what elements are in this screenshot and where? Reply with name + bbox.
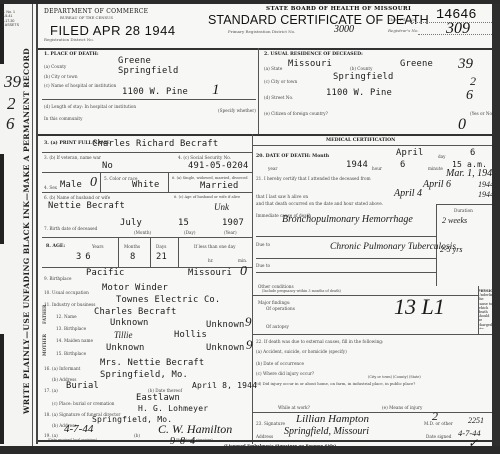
spouse-age: Unk bbox=[214, 202, 229, 212]
res-county-code: 39 bbox=[458, 56, 473, 73]
birth-month: July bbox=[120, 218, 142, 228]
physician-address: Springfield, Missouri bbox=[284, 426, 369, 437]
citizen-label: (e) Citizen of foreign country? bbox=[264, 111, 328, 116]
father-birthplace-label: 13. Birthplace bbox=[56, 326, 86, 331]
ssn-label: 4. (c) Social Security No. bbox=[178, 155, 231, 160]
while-at-work-label: While at work? bbox=[278, 405, 310, 410]
physician-address-label: Address bbox=[256, 434, 273, 439]
county-label: (a) County bbox=[44, 64, 66, 69]
registrars-no-value: 309 bbox=[446, 20, 470, 38]
divider bbox=[42, 192, 252, 193]
divider bbox=[436, 204, 494, 205]
birthplace-state: Missouri bbox=[188, 268, 232, 278]
form-number: E. No. 1 2-5-41 5-17-30 1 ASSETS bbox=[2, 10, 19, 27]
column-divider bbox=[252, 134, 253, 444]
means-of-injury-label: (e) Means of injury bbox=[382, 405, 422, 410]
margin-note-street-code: 6 bbox=[6, 114, 15, 134]
burial-place: Eastlawn bbox=[136, 393, 180, 403]
father-name: Charles Becraft bbox=[94, 307, 176, 317]
spouse-label: 6. (b) Name of husband or wife bbox=[44, 195, 110, 200]
res-city-label: (c) City or town bbox=[264, 79, 297, 84]
death-day-label: day bbox=[438, 154, 446, 159]
citizen-code: 0 bbox=[458, 116, 466, 134]
birthplace-code: 0 bbox=[240, 264, 247, 280]
cell-divider bbox=[150, 237, 151, 267]
divider bbox=[252, 145, 494, 146]
cause-code-mark: 13 L1 bbox=[394, 294, 445, 320]
scan-border-bottom bbox=[0, 446, 500, 454]
divider bbox=[42, 152, 252, 153]
physician-phone: 2251 bbox=[468, 416, 484, 425]
divider bbox=[256, 236, 436, 237]
left-margin-strip: E. No. 1 2-5-41 5-17-30 1 ASSETS 39 2 6 … bbox=[0, 4, 33, 446]
ssn-value: 491-05-0204 bbox=[188, 161, 248, 171]
death-certificate: E. No. 1 2-5-41 5-17-30 1 ASSETS 39 2 6 … bbox=[0, 0, 500, 446]
injury-where-label: (c) Where did injury occur? bbox=[256, 371, 314, 376]
res-street-code: 6 bbox=[466, 88, 473, 104]
days-label: Days bbox=[156, 244, 166, 249]
place-of-death-heading: 1. PLACE OF DEATH: bbox=[44, 52, 99, 57]
attended-label: 21. I hereby certify that I attended the… bbox=[256, 176, 371, 181]
immediate-duration: 2 weeks bbox=[442, 216, 467, 225]
department-title: DEPARTMENT OF COMMERCE bbox=[44, 8, 148, 15]
mother-group-label: MOTHER bbox=[42, 334, 47, 356]
industry-value: Townes Electric Co. bbox=[116, 295, 220, 305]
death-hour-label: hour bbox=[372, 166, 382, 171]
due-to-label: Due to bbox=[256, 242, 270, 247]
burial-date: April 8, 1944 bbox=[192, 381, 257, 390]
specify-label: (Specify whether) bbox=[218, 108, 256, 113]
occupation-value: Motor Winder bbox=[102, 283, 168, 293]
cell-divider bbox=[100, 172, 101, 192]
last-saw-date: April 4 bbox=[394, 188, 422, 199]
res-state-label: (a) State bbox=[264, 66, 282, 71]
res-city: Springfield bbox=[333, 72, 393, 82]
margin-note-city-code: 2 bbox=[7, 94, 16, 114]
birthplace-city: Pacific bbox=[86, 268, 124, 278]
scan-edge bbox=[0, 334, 4, 444]
mother-maiden-first: Tillie bbox=[114, 330, 133, 340]
informant-label: 16. (a) Informant bbox=[44, 366, 80, 371]
operations-label: Of operations bbox=[266, 306, 295, 311]
immediate-cause: Bronchopulmonary Hemorrhage bbox=[282, 214, 413, 225]
margin-note-county-code: 39 bbox=[4, 72, 21, 92]
burial-place-label: (c) Place: burial or cremation bbox=[52, 401, 114, 406]
external-causes-label: 22. If death was due to external causes,… bbox=[256, 339, 383, 344]
divider bbox=[38, 48, 494, 50]
res-street-label: (d) Street No. bbox=[264, 95, 293, 100]
registrar-signature: C. W. Hamilton bbox=[158, 422, 232, 437]
less-than-day-label: If less than one day bbox=[194, 244, 235, 249]
autopsy-label: Of autopsy bbox=[266, 324, 289, 329]
cell-divider bbox=[168, 172, 169, 192]
hospital-label: (c) Name of hospital or institution bbox=[44, 83, 116, 88]
primary-district-label: Primary Registration District No. bbox=[228, 29, 295, 34]
major-findings-label: Major findings: bbox=[258, 300, 290, 305]
year-sublabel: (Year) bbox=[224, 230, 237, 235]
father-group-label: FATHER bbox=[42, 305, 47, 325]
res-city-code: 2 bbox=[470, 74, 476, 89]
usual-residence-heading: 2. USUAL RESIDENCE OF DECEASED: bbox=[264, 52, 363, 57]
divider bbox=[256, 272, 436, 273]
spouse-name: Nettie Becraft bbox=[48, 201, 125, 211]
hospital-code-mark: 1 bbox=[212, 82, 220, 99]
mother-birthplace-city: Unknown bbox=[106, 343, 144, 353]
medical-heading: MEDICAL CERTIFICATION bbox=[326, 138, 395, 143]
due-to2-label: Due to bbox=[256, 263, 270, 268]
age-months: 8 bbox=[130, 252, 136, 262]
father-name-label: 12. Name bbox=[56, 314, 77, 319]
res-state: Missouri bbox=[288, 59, 332, 69]
degree-mark: 2 bbox=[432, 409, 438, 424]
mother-birthplace-label: 15. Birthplace bbox=[56, 351, 86, 356]
marital-value: Married bbox=[200, 181, 238, 191]
registrar-sig-label: (b) bbox=[134, 433, 140, 438]
burial-label: 17. (a) bbox=[44, 388, 58, 393]
informant-address: Springfield, Mo. bbox=[100, 370, 188, 380]
decedent-name: Charles Richard Becraft bbox=[92, 139, 218, 149]
sex-code: 0 bbox=[90, 175, 97, 191]
date-occurrence-label: (b) Date of occurrence bbox=[256, 361, 304, 366]
scan-edge bbox=[0, 154, 4, 244]
divider bbox=[38, 134, 494, 136]
ink-instruction-banner: WRITE PLAINLY—USE UNFADING BLACK INK—MAK… bbox=[22, 44, 31, 414]
cell-divider bbox=[178, 237, 179, 267]
month-sublabel: (Month) bbox=[134, 230, 151, 235]
death-minute-label: minute bbox=[428, 166, 443, 171]
divider bbox=[256, 258, 436, 259]
last-saw-label: that I last saw h alive on bbox=[256, 194, 308, 199]
death-month: April bbox=[396, 148, 423, 158]
certificate-form: DEPARTMENT OF COMMERCE BUREAU OF THE CEN… bbox=[36, 4, 492, 444]
director-name: H. G. Lohmeyer bbox=[138, 404, 208, 413]
due-to-cause: Chronic Pulmonary Tuberculosis bbox=[330, 242, 456, 252]
cell-divider bbox=[478, 286, 479, 334]
attended-to: April 6 bbox=[423, 179, 451, 190]
filed-date: 4-7-44 bbox=[64, 423, 93, 435]
stay-label: (d) Length of stay: In hospital or insti… bbox=[44, 104, 136, 109]
spouse-age-label: 6. (c) Age of husband or wife if alive bbox=[174, 195, 240, 199]
cell-divider bbox=[118, 237, 119, 267]
age-years: 36 bbox=[76, 252, 95, 262]
injury-where-sublabel: (City or town) (County) (State) bbox=[368, 375, 421, 379]
mother-birthplace-state: Unknown bbox=[206, 343, 244, 353]
divider bbox=[252, 412, 494, 413]
marital-label: 6. (a) Single, widowed, married, divorce… bbox=[172, 176, 248, 180]
min-label: min. bbox=[238, 258, 247, 263]
birth-year: 1907 bbox=[222, 218, 244, 228]
yes-no-label: (Yes or No) bbox=[470, 111, 494, 116]
registration-district-label: Registration District No. bbox=[44, 37, 94, 42]
death-day: 6 bbox=[470, 148, 476, 158]
father-code: 9 bbox=[245, 314, 252, 330]
primary-district-value: 3000 bbox=[334, 24, 354, 35]
birth-date-label: 7. Birth date of deceased bbox=[44, 226, 97, 231]
day-sublabel: (Day) bbox=[184, 230, 196, 235]
city-label: (b) City or town bbox=[44, 74, 78, 79]
informant-name: Mrs. Nettie Becraft bbox=[100, 358, 204, 368]
color-value: White bbox=[132, 180, 159, 190]
sex-label: 4. Sex bbox=[44, 185, 57, 190]
age-days: 21 bbox=[156, 252, 167, 262]
father-birthplace-city: Unknown bbox=[110, 318, 148, 328]
degree-label: M.D. or other bbox=[424, 421, 453, 426]
veteran-value: No bbox=[102, 161, 113, 171]
column-divider bbox=[258, 48, 259, 134]
divider bbox=[42, 172, 252, 173]
signature-label: 23. Signature bbox=[256, 421, 285, 426]
filed-stamp: FILED APR 28 1944 bbox=[50, 23, 176, 38]
accident-label: (a) Accident, suicide, or homicide (spec… bbox=[256, 349, 347, 354]
divider bbox=[38, 440, 494, 442]
divider bbox=[42, 99, 256, 100]
divider bbox=[252, 334, 494, 335]
death-year: 1944 bbox=[346, 160, 368, 170]
state-board-title: STATE BOARD OF HEALTH OF MISSOURI bbox=[266, 6, 411, 12]
duration-label: Duration bbox=[454, 208, 473, 213]
hr-label: hr. bbox=[208, 258, 214, 263]
death-year-label: year bbox=[268, 166, 277, 171]
father-birthplace-state: Unknown bbox=[206, 320, 244, 330]
burial-method: Burial bbox=[66, 381, 99, 391]
age-label: 8. AGE: bbox=[46, 244, 65, 249]
registrars-no-label: Registrar's No. bbox=[388, 28, 419, 33]
community-label: In this community bbox=[44, 116, 82, 121]
physician-signature: Lillian Hampton bbox=[296, 413, 369, 425]
years-label: Years bbox=[92, 244, 104, 249]
divider bbox=[42, 237, 252, 238]
mother-maiden-label: 14. Maiden name bbox=[56, 338, 93, 343]
sex-value: Male bbox=[60, 180, 82, 190]
industry-label: 11. Industry or business bbox=[44, 302, 95, 307]
res-county-label: (b) County bbox=[350, 66, 372, 71]
mother-code: 9 bbox=[246, 337, 253, 353]
death-address: 1100 W. Pine bbox=[122, 87, 188, 97]
birthplace-label: 9. Birthplace bbox=[44, 276, 71, 281]
res-street: 1100 W. Pine bbox=[326, 88, 392, 98]
date-signed-label: Date signed bbox=[426, 434, 451, 439]
months-label: Months bbox=[124, 244, 140, 249]
injury-place-label: (d) Did injury occur in or about home, o… bbox=[256, 381, 415, 386]
death-hour: 6 bbox=[400, 160, 406, 170]
death-county: Greene bbox=[118, 56, 151, 66]
veteran-label: 3. (b) If veteran, name war bbox=[44, 155, 101, 160]
occupation-label: 10. Usual occupation bbox=[44, 290, 89, 295]
death-occurred-label: and that death occurred on the date and … bbox=[256, 201, 383, 206]
mother-maiden-last: Hollis bbox=[174, 330, 207, 340]
death-city: Springfield bbox=[118, 66, 178, 76]
res-county: Greene bbox=[400, 59, 433, 69]
scan-border-right bbox=[492, 4, 500, 446]
due-to-duration: 2-5 yrs bbox=[440, 245, 462, 254]
other-conditions-sublabel: (Include pregnancy within 3 months of de… bbox=[262, 289, 341, 293]
bureau-title: BUREAU OF THE CENSUS bbox=[60, 15, 113, 20]
date-of-death-label: 20. DATE OF DEATH: Month bbox=[256, 154, 329, 159]
attended-from: Mar. 1, 1944 bbox=[446, 168, 497, 179]
birth-day: 15 bbox=[178, 218, 189, 228]
